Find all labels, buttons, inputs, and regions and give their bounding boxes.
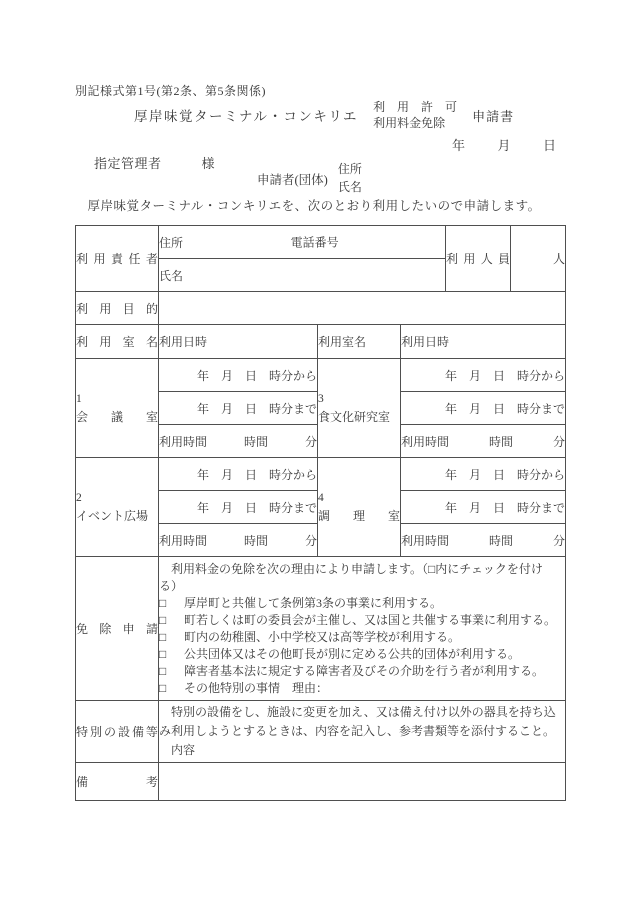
datetime-col-header-left: 利用日時 [159, 325, 318, 359]
room-3-cell: 3 食文化研究室 [318, 359, 401, 458]
datetime-col-header-right: 利用日時 [401, 325, 566, 359]
room-4-from-cell: 年 月 日 時分から [401, 458, 566, 491]
doc-type-label: 申請書 [472, 106, 514, 125]
duration-minutes-label: 分 [553, 532, 565, 549]
applicant-name-label: 氏名 [338, 179, 362, 197]
permit-type-line2: 利用料金免除 [373, 115, 457, 131]
application-table: 利用責任者 住所 電話番号 利用人員 人 氏名 利用目的 [75, 225, 566, 801]
room-2-duration-cell: 利用時間 時間 分 [159, 524, 318, 557]
room-1-cell: 1 会議室 [76, 359, 159, 458]
name-label: 氏名 [159, 269, 183, 283]
intro-sentence: 厚岸味覚ターミナル・コンキリエを、次のとおり利用したいので申請します。 [75, 196, 575, 214]
phone-label: 電話番号 [291, 234, 339, 251]
exemption-item-text: その他特別の事情 理由： [184, 680, 328, 697]
application-form-page: 別記様式第1号(第2条、第5条関係) 厚岸味覚ターミナル・コンキリエ 利用許可 … [0, 0, 630, 915]
room-2-to-cell: 年 月 日 時分まで [159, 491, 318, 524]
special-equipment-line2: み利用しようとするときは、内容を記入し、参考書類等を添付すること。 [159, 722, 565, 741]
address-label: 住所 [159, 236, 183, 250]
addressee-line: 指定管理者様 [94, 153, 215, 172]
checkbox-icon: □ [159, 663, 172, 680]
checkbox-icon: □ [159, 680, 172, 697]
facility-name: 厚岸味覚ターミナル・コンキリエ [134, 105, 358, 125]
room-1-number: 1 [76, 392, 158, 407]
room-2-from-cell: 年 月 日 時分から [159, 458, 318, 491]
duration-hours-label: 時間 [489, 532, 513, 549]
room-2-number: 2 [76, 491, 158, 506]
room-3-from-cell: 年 月 日 時分から [401, 359, 566, 392]
remarks-label: 備考 [76, 773, 158, 790]
capacity-label: 利用人員 [446, 250, 510, 267]
capacity-value-cell: 人 [511, 226, 566, 292]
remarks-label-cell: 備考 [76, 763, 159, 801]
exemption-label-cell: 免除申請 [76, 557, 159, 701]
exemption-item-text: 厚岸町と共催して条例第3条の事業に利用する。 [184, 595, 442, 612]
duration-label: 利用時間 [401, 532, 449, 549]
applicant-label: 申請者(団体) [257, 170, 328, 188]
room-col-header-right: 利用室名 [318, 325, 401, 359]
checkbox-icon: □ [159, 612, 172, 629]
responsible-label-cell: 利用責任者 [76, 226, 159, 292]
purpose-label: 利用目的 [76, 300, 158, 317]
duration-minutes-label: 分 [305, 532, 317, 549]
checkbox-icon: □ [159, 629, 172, 646]
room-1-from-cell: 年 月 日 時分から [159, 359, 318, 392]
exemption-item: □ 厚岸町と共催して条例第3条の事業に利用する。 [159, 595, 565, 612]
duration-label: 利用時間 [159, 433, 207, 450]
checkbox-icon: □ [159, 646, 172, 663]
duration-label: 利用時間 [401, 433, 449, 450]
form-title: 厚岸味覚ターミナル・コンキリエ 利用許可 利用料金免除 申請書 [134, 95, 514, 135]
duration-minutes-label: 分 [305, 433, 317, 450]
room-4-cell: 4 調理室 [318, 458, 401, 557]
addressee-honorific: 様 [202, 156, 216, 171]
exemption-item-text: 公共団体又はその他町長が別に定める公共的団体が利用する。 [184, 646, 520, 663]
applicant-fields: 住所 氏名 [338, 161, 362, 196]
permit-type-stack: 利用許可 利用料金免除 [373, 99, 457, 131]
exemption-item: □ 町内の幼稚園、小中学校又は高等学校が利用する。 [159, 629, 565, 646]
purpose-label-cell: 利用目的 [76, 292, 159, 325]
permit-type-line1: 利用許可 [373, 99, 457, 115]
room-4-name: 調理室 [318, 507, 400, 524]
exemption-item: □ 町若しくは町の委員会が主催し、又は国と共催する事業に利用する。 [159, 612, 565, 629]
exemption-item: □ その他特別の事情 理由： [159, 680, 565, 697]
room-3-duration-cell: 利用時間 時間 分 [401, 425, 566, 458]
exemption-content-cell: 利用料金の免除を次の理由により申請します。（□内にチェックを付け る） □ 厚岸… [159, 557, 566, 701]
responsible-name-cell: 氏名 [159, 259, 446, 292]
date-line: 年 月 日 [452, 135, 556, 154]
room-2-name: イベント広場 [76, 507, 158, 524]
room-col-header-left: 利用室名 [76, 333, 158, 350]
duration-hours-label: 時間 [244, 433, 268, 450]
date-month-label: 月 [497, 135, 510, 154]
responsible-label: 利用責任者 [76, 250, 158, 267]
room-3-name: 食文化研究室 [318, 408, 400, 425]
room-1-to-cell: 年 月 日 時分まで [159, 392, 318, 425]
exemption-item-text: 町若しくは町の委員会が主催し、又は国と共催する事業に利用する。 [184, 612, 556, 629]
exemption-intro-line1: 利用料金の免除を次の理由により申請します。（□内にチェックを付け [159, 561, 565, 578]
room-4-to-cell: 年 月 日 時分まで [401, 491, 566, 524]
exemption-intro-line2: る） [159, 578, 565, 595]
addressee-label: 指定管理者 [94, 156, 162, 171]
exemption-item: □ 障害者基本法に規定する障害者及びその介助を行う者が利用する。 [159, 663, 565, 680]
room-4-number: 4 [318, 491, 400, 506]
purpose-value-cell [159, 292, 566, 325]
room-4-duration-cell: 利用時間 時間 分 [401, 524, 566, 557]
room-2-cell: 2 イベント広場 [76, 458, 159, 557]
exemption-item: □ 公共団体又はその他町長が別に定める公共的団体が利用する。 [159, 646, 565, 663]
exemption-label: 免除申請 [76, 620, 158, 637]
duration-minutes-label: 分 [553, 433, 565, 450]
special-equipment-label: 特別の設備等 [76, 723, 158, 740]
special-equipment-content-label: 内容 [159, 741, 565, 760]
room-col-header-left-cell: 利用室名 [76, 325, 159, 359]
capacity-label-cell: 利用人員 [446, 226, 511, 292]
room-3-number: 3 [318, 392, 400, 407]
date-year-label: 年 [452, 135, 465, 154]
remarks-value-cell [159, 763, 566, 801]
duration-hours-label: 時間 [489, 433, 513, 450]
duration-hours-label: 時間 [244, 532, 268, 549]
applicant-block: 申請者(団体) 住所 氏名 [257, 161, 362, 196]
checkbox-icon: □ [159, 595, 172, 612]
duration-label: 利用時間 [159, 532, 207, 549]
special-equipment-line1: 特別の設備をし、施設に変更を加え、又は備え付け以外の器具を持ち込 [159, 703, 565, 722]
exemption-item-text: 障害者基本法に規定する障害者及びその介助を行う者が利用する。 [184, 663, 544, 680]
room-1-name: 会議室 [76, 408, 158, 425]
exemption-item-text: 町内の幼稚園、小中学校又は高等学校が利用する。 [184, 629, 460, 646]
applicant-address-label: 住所 [338, 161, 362, 179]
room-3-to-cell: 年 月 日 時分まで [401, 392, 566, 425]
special-equipment-content-cell: 特別の設備をし、施設に変更を加え、又は備え付け以外の器具を持ち込 み利用しようと… [159, 701, 566, 763]
room-1-duration-cell: 利用時間 時間 分 [159, 425, 318, 458]
responsible-address-cell: 住所 電話番号 [159, 226, 446, 259]
date-day-label: 日 [543, 135, 556, 154]
capacity-unit: 人 [553, 252, 565, 266]
special-equipment-label-cell: 特別の設備等 [76, 701, 159, 763]
